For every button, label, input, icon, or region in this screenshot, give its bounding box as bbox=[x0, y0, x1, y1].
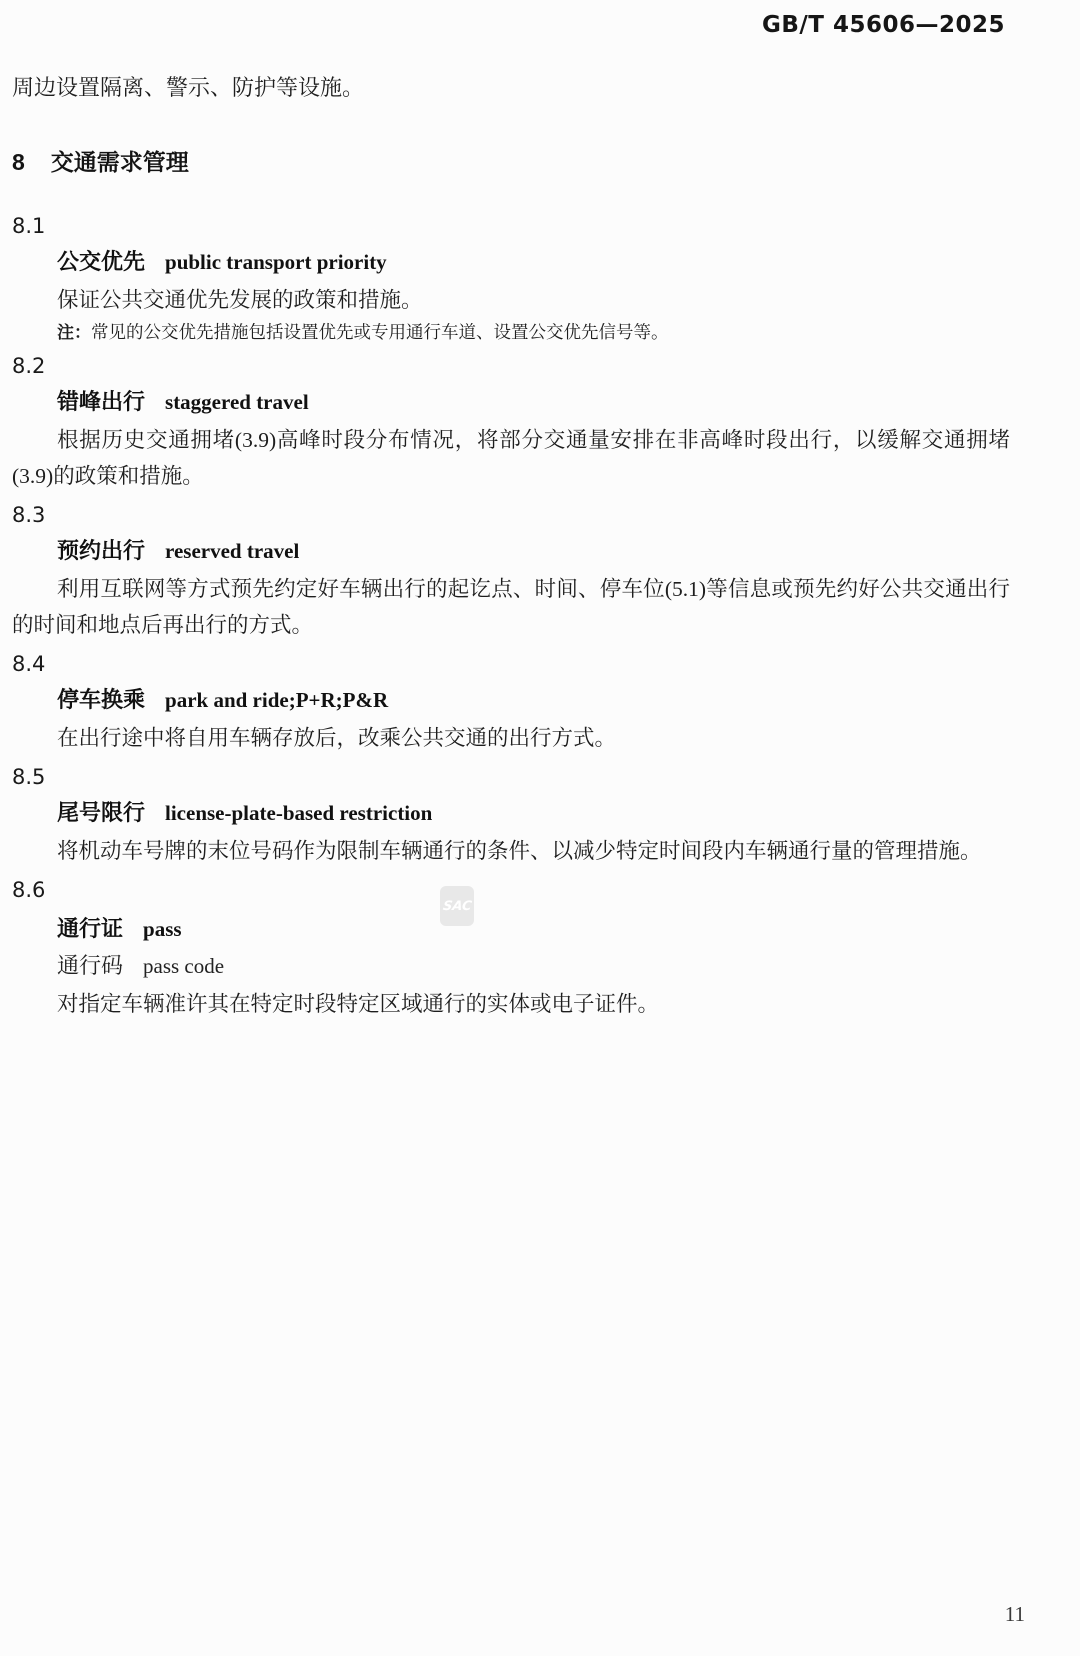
term-row: 通行证pass bbox=[57, 915, 1080, 946]
definition: 将机动车号牌的末位号码作为限制车辆通行的条件、以减少特定时间段内车辆通行量的管理… bbox=[12, 833, 1010, 869]
term-chinese: 尾号限行 bbox=[57, 800, 145, 825]
term-english: park and ride;P+R;P&R bbox=[165, 688, 388, 712]
clause-number: 8.6 bbox=[12, 877, 1080, 903]
clause-8-6: 8.6 通行证pass 通行码pass code 对指定车辆准许其在特定时段特定… bbox=[0, 877, 1080, 1022]
document-page: GB/T 45606—2025 周边设置隔离、警示、防护等设施。 8交通需求管理… bbox=[0, 0, 1080, 1656]
definition: 利用互联网等方式预先约定好车辆出行的起讫点、时间、停车位(5.1)等信息或预先约… bbox=[12, 571, 1010, 643]
note: 注：常见的公交优先措施包括设置优先或专用通行车道、设置公交优先信号等。 bbox=[57, 320, 1010, 345]
section-number: 8 bbox=[12, 149, 25, 175]
clause-number: 8.4 bbox=[12, 651, 1080, 677]
note-text: 常见的公交优先措施包括设置优先或专用通行车道、设置公交优先信号等。 bbox=[91, 322, 669, 342]
term-english: reserved travel bbox=[165, 539, 299, 563]
term-row: 错峰出行staggered travel bbox=[57, 388, 1080, 419]
term-row: 停车换乘park and ride;P+R;P&R bbox=[57, 686, 1080, 717]
term-chinese: 错峰出行 bbox=[57, 389, 145, 414]
term-chinese: 停车换乘 bbox=[57, 687, 145, 712]
clause-8-4: 8.4 停车换乘park and ride;P+R;P&R 在出行途中将自用车辆… bbox=[0, 651, 1080, 756]
note-label: 注： bbox=[57, 323, 91, 342]
clause-number: 8.3 bbox=[12, 502, 1080, 528]
term-row: 公交优先public transport priority bbox=[57, 248, 1080, 279]
term-row: 预约出行reserved travel bbox=[57, 537, 1080, 568]
clause-number: 8.2 bbox=[12, 353, 1080, 379]
definition: 根据历史交通拥堵(3.9)高峰时段分布情况，将部分交通量安排在非高峰时段出行，以… bbox=[12, 422, 1010, 494]
section-heading: 8交通需求管理 bbox=[12, 144, 1080, 177]
page-number: 11 bbox=[1005, 1602, 1025, 1627]
term-chinese: 预约出行 bbox=[57, 538, 145, 563]
definition: 对指定车辆准许其在特定时段特定区域通行的实体或电子证件。 bbox=[12, 986, 1010, 1022]
alt-term-chinese: 通行码 bbox=[57, 953, 123, 978]
clause-8-3: 8.3 预约出行reserved travel 利用互联网等方式预先约定好车辆出… bbox=[0, 502, 1080, 643]
intro-paragraph: 周边设置隔离、警示、防护等设施。 bbox=[12, 74, 1010, 102]
term-chinese: 公交优先 bbox=[57, 249, 145, 274]
alt-term-row: 通行码pass code bbox=[57, 952, 1080, 983]
term-english: pass bbox=[143, 917, 182, 941]
clause-number: 8.1 bbox=[12, 213, 1080, 239]
term-english: public transport priority bbox=[165, 250, 387, 274]
term-english: staggered travel bbox=[165, 390, 309, 414]
clause-8-5: 8.5 尾号限行license-plate-based restriction … bbox=[0, 764, 1080, 869]
clause-8-1: 8.1 公交优先public transport priority 保证公共交通… bbox=[0, 213, 1080, 345]
doc-header: GB/T 45606—2025 bbox=[0, 0, 1080, 38]
term-row: 尾号限行license-plate-based restriction bbox=[57, 799, 1080, 830]
clause-8-2: 8.2 错峰出行staggered travel 根据历史交通拥堵(3.9)高峰… bbox=[0, 353, 1080, 494]
alt-term-english: pass code bbox=[143, 954, 224, 978]
clause-number: 8.5 bbox=[12, 764, 1080, 790]
doc-code: GB/T 45606—2025 bbox=[762, 12, 1005, 38]
definition: 保证公共交通优先发展的政策和措施。 bbox=[12, 282, 1010, 318]
definition: 在出行途中将自用车辆存放后，改乘公共交通的出行方式。 bbox=[12, 720, 1010, 756]
term-chinese: 通行证 bbox=[57, 916, 123, 941]
section-title: 交通需求管理 bbox=[51, 149, 189, 175]
term-english: license-plate-based restriction bbox=[165, 801, 432, 825]
